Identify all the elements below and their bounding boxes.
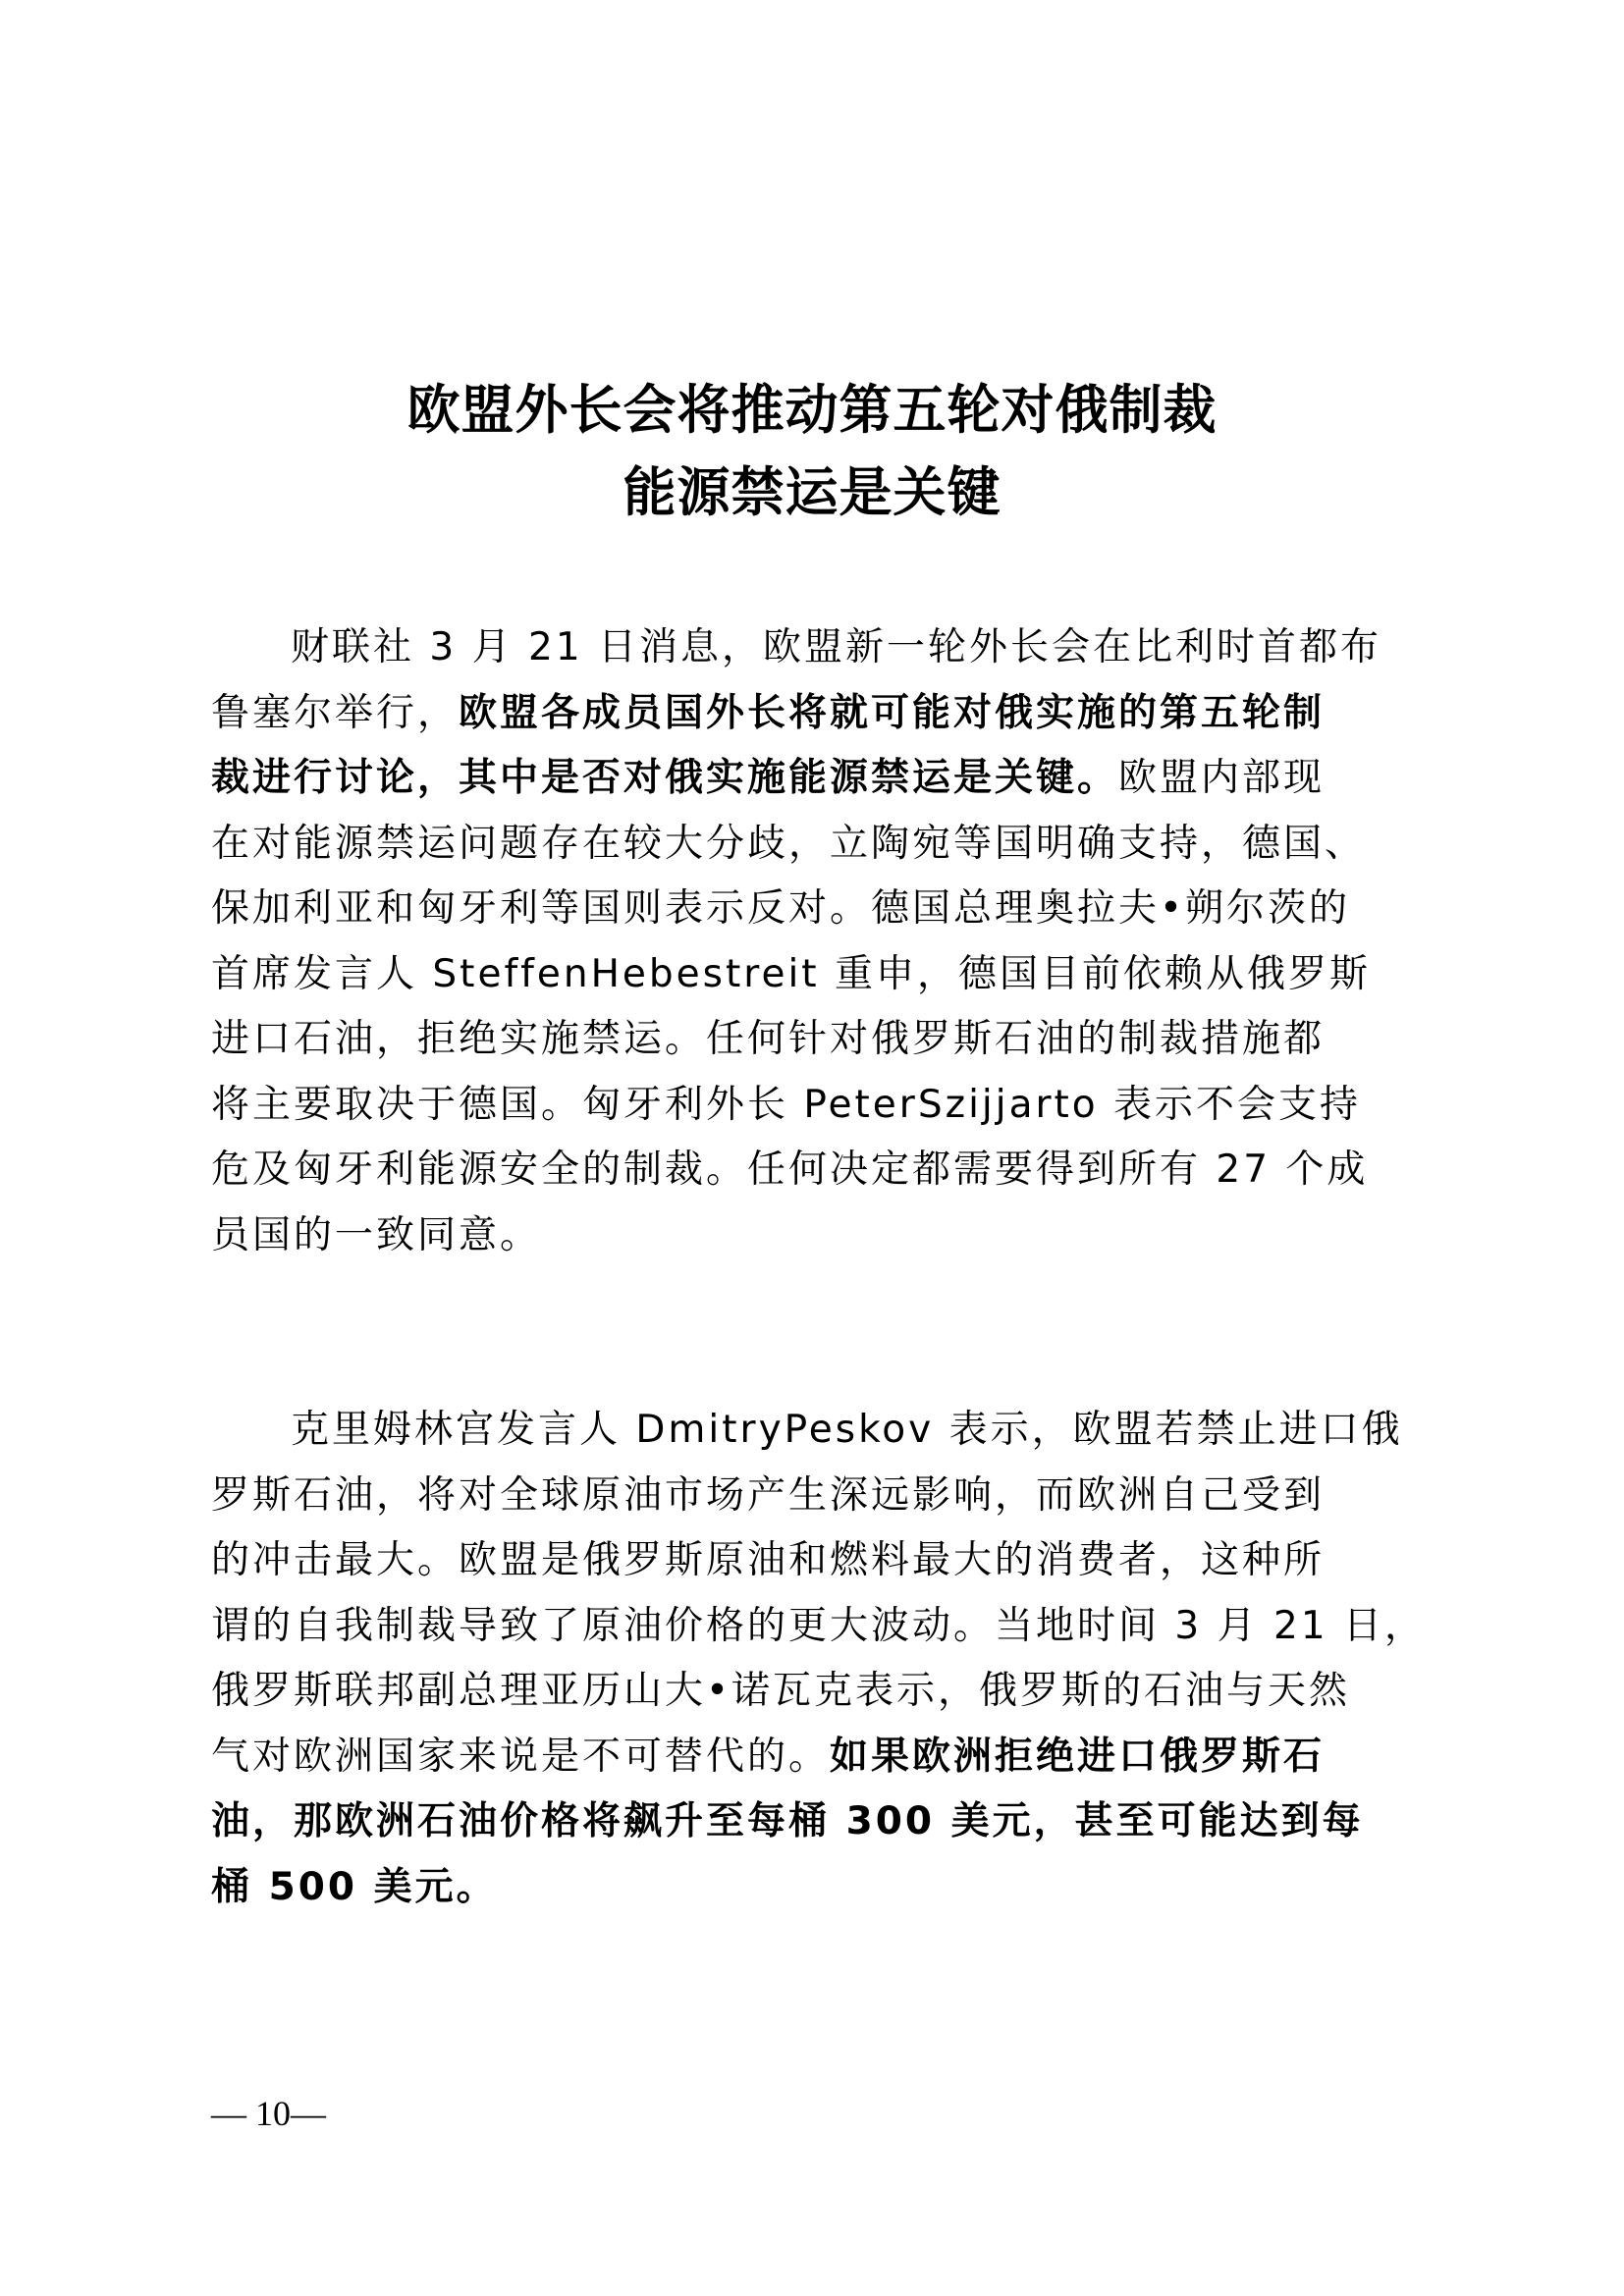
paragraph-1-line: 将主要取决于德国。匈牙利外长 PeterSzijjarto 表示不会支持 [211, 1073, 1419, 1138]
paragraph-1-line: 保加利亚和匈牙利等国则表示反对。德国总理奥拉夫•朔尔茨的 [211, 877, 1419, 941]
text-segment: 气对欧洲国家来说是不可替代的。 [211, 1735, 830, 1779]
paragraph-2-line: 谓的自我制裁导致了原油价格的更大波动。当地时间 3 月 21 日， [211, 1594, 1419, 1659]
text-segment: 首席发言人 SteffenHebestreit 重申，德国目前依赖从俄罗斯 [211, 952, 1371, 996]
text-segment: 谓的自我制裁导致了原油价格的更大波动。当地时间 3 月 21 日， [211, 1604, 1426, 1648]
text-segment: 俄罗斯联邦副总理亚历山大•诺瓦克表示，俄罗斯的石油与天然 [211, 1669, 1350, 1713]
text-segment: 罗斯石油，将对全球原油市场产生深远影响，而欧洲自己受到 [211, 1473, 1325, 1518]
bold-text-segment: 如果欧洲拒绝进口俄罗斯石 [830, 1735, 1325, 1779]
paragraph-1-line: 在对能源禁运问题存在较大分歧，立陶宛等国明确支持，德国、 [211, 812, 1419, 877]
text-segment: 危及匈牙利能源安全的制裁。任何决定都需要得到所有 27 个成 [211, 1148, 1368, 1192]
text-segment: 员国的一致同意。 [211, 1213, 541, 1257]
paragraph-1-line: 危及匈牙利能源安全的制裁。任何决定都需要得到所有 27 个成 [211, 1138, 1419, 1202]
document-page: 欧盟外长会将推动第五轮对俄制裁 能源禁运是关键 财联社 3 月 21 日消息，欧… [0, 0, 1624, 2296]
bold-text-segment: 裁进行讨论，其中是否对俄实施能源禁运是关键。 [211, 756, 1118, 800]
paragraph-2-line: 气对欧洲国家来说是不可替代的。如果欧洲拒绝进口俄罗斯石 [211, 1725, 1419, 1789]
text-segment: 鲁塞尔举行， [211, 691, 459, 735]
paragraph-1-line: 首席发言人 SteffenHebestreit 重申，德国目前依赖从俄罗斯 [211, 942, 1419, 1007]
paragraph-1-line: 鲁塞尔举行，欧盟各成员国外长将就可能对俄实施的第五轮制 [211, 681, 1419, 746]
bold-text-segment: 油，那欧洲石油价格将飙升至每桶 300 美元，甚至可能达到每 [211, 1799, 1364, 1843]
bold-text-segment: 桶 500 美元。 [211, 1865, 498, 1909]
document-title-line-2: 能源禁运是关键 [0, 448, 1624, 536]
text-segment: 欧盟内部现 [1118, 756, 1325, 800]
text-segment: 保加利亚和匈牙利等国则表示反对。德国总理奥拉夫•朔尔茨的 [211, 886, 1350, 931]
bold-text-segment: 欧盟各成员国外长将就可能对俄实施的第五轮制 [459, 691, 1325, 735]
paragraph-2-line: 桶 500 美元。 [211, 1855, 1419, 1920]
paragraph-1-line: 财联社 3 月 21 日消息，欧盟新一轮外长会在比利时首都布 [291, 615, 1420, 680]
text-segment: 的冲击最大。欧盟是俄罗斯原油和燃料最大的消费者，这种所 [211, 1538, 1325, 1582]
text-segment: 财联社 3 月 21 日消息，欧盟新一轮外长会在比利时首都布 [291, 625, 1381, 669]
text-segment: 进口石油，拒绝实施禁运。任何针对俄罗斯石油的制裁措施都 [211, 1017, 1325, 1061]
text-segment: 克里姆林宫发言人 DmitryPeskov 表示，欧盟若禁止进口俄 [291, 1408, 1403, 1452]
paragraph-2-line: 俄罗斯联邦副总理亚历山大•诺瓦克表示，俄罗斯的石油与天然 [211, 1659, 1419, 1724]
paragraph-2-line: 油，那欧洲石油价格将飙升至每桶 300 美元，甚至可能达到每 [211, 1789, 1419, 1854]
paragraph-2-line: 的冲击最大。欧盟是俄罗斯原油和燃料最大的消费者，这种所 [211, 1528, 1419, 1593]
paragraph-1-line: 裁进行讨论，其中是否对俄实施能源禁运是关键。欧盟内部现 [211, 746, 1419, 811]
text-segment: 在对能源禁运问题存在较大分歧，立陶宛等国明确支持，德国、 [211, 822, 1366, 866]
text-segment: 将主要取决于德国。匈牙利外长 PeterSzijjarto 表示不会支持 [211, 1083, 1361, 1127]
document-title-line-1: 欧盟外长会将推动第五轮对俄制裁 [0, 365, 1624, 454]
paragraph-2-line: 罗斯石油，将对全球原油市场产生深远影响，而欧洲自己受到 [211, 1464, 1419, 1528]
paragraph-1-line: 员国的一致同意。 [211, 1203, 1419, 1268]
paragraph-1-line: 进口石油，拒绝实施禁运。任何针对俄罗斯石油的制裁措施都 [211, 1007, 1419, 1072]
page-number: — 10— [211, 2089, 326, 2138]
paragraph-2-line: 克里姆林宫发言人 DmitryPeskov 表示，欧盟若禁止进口俄 [291, 1398, 1420, 1463]
